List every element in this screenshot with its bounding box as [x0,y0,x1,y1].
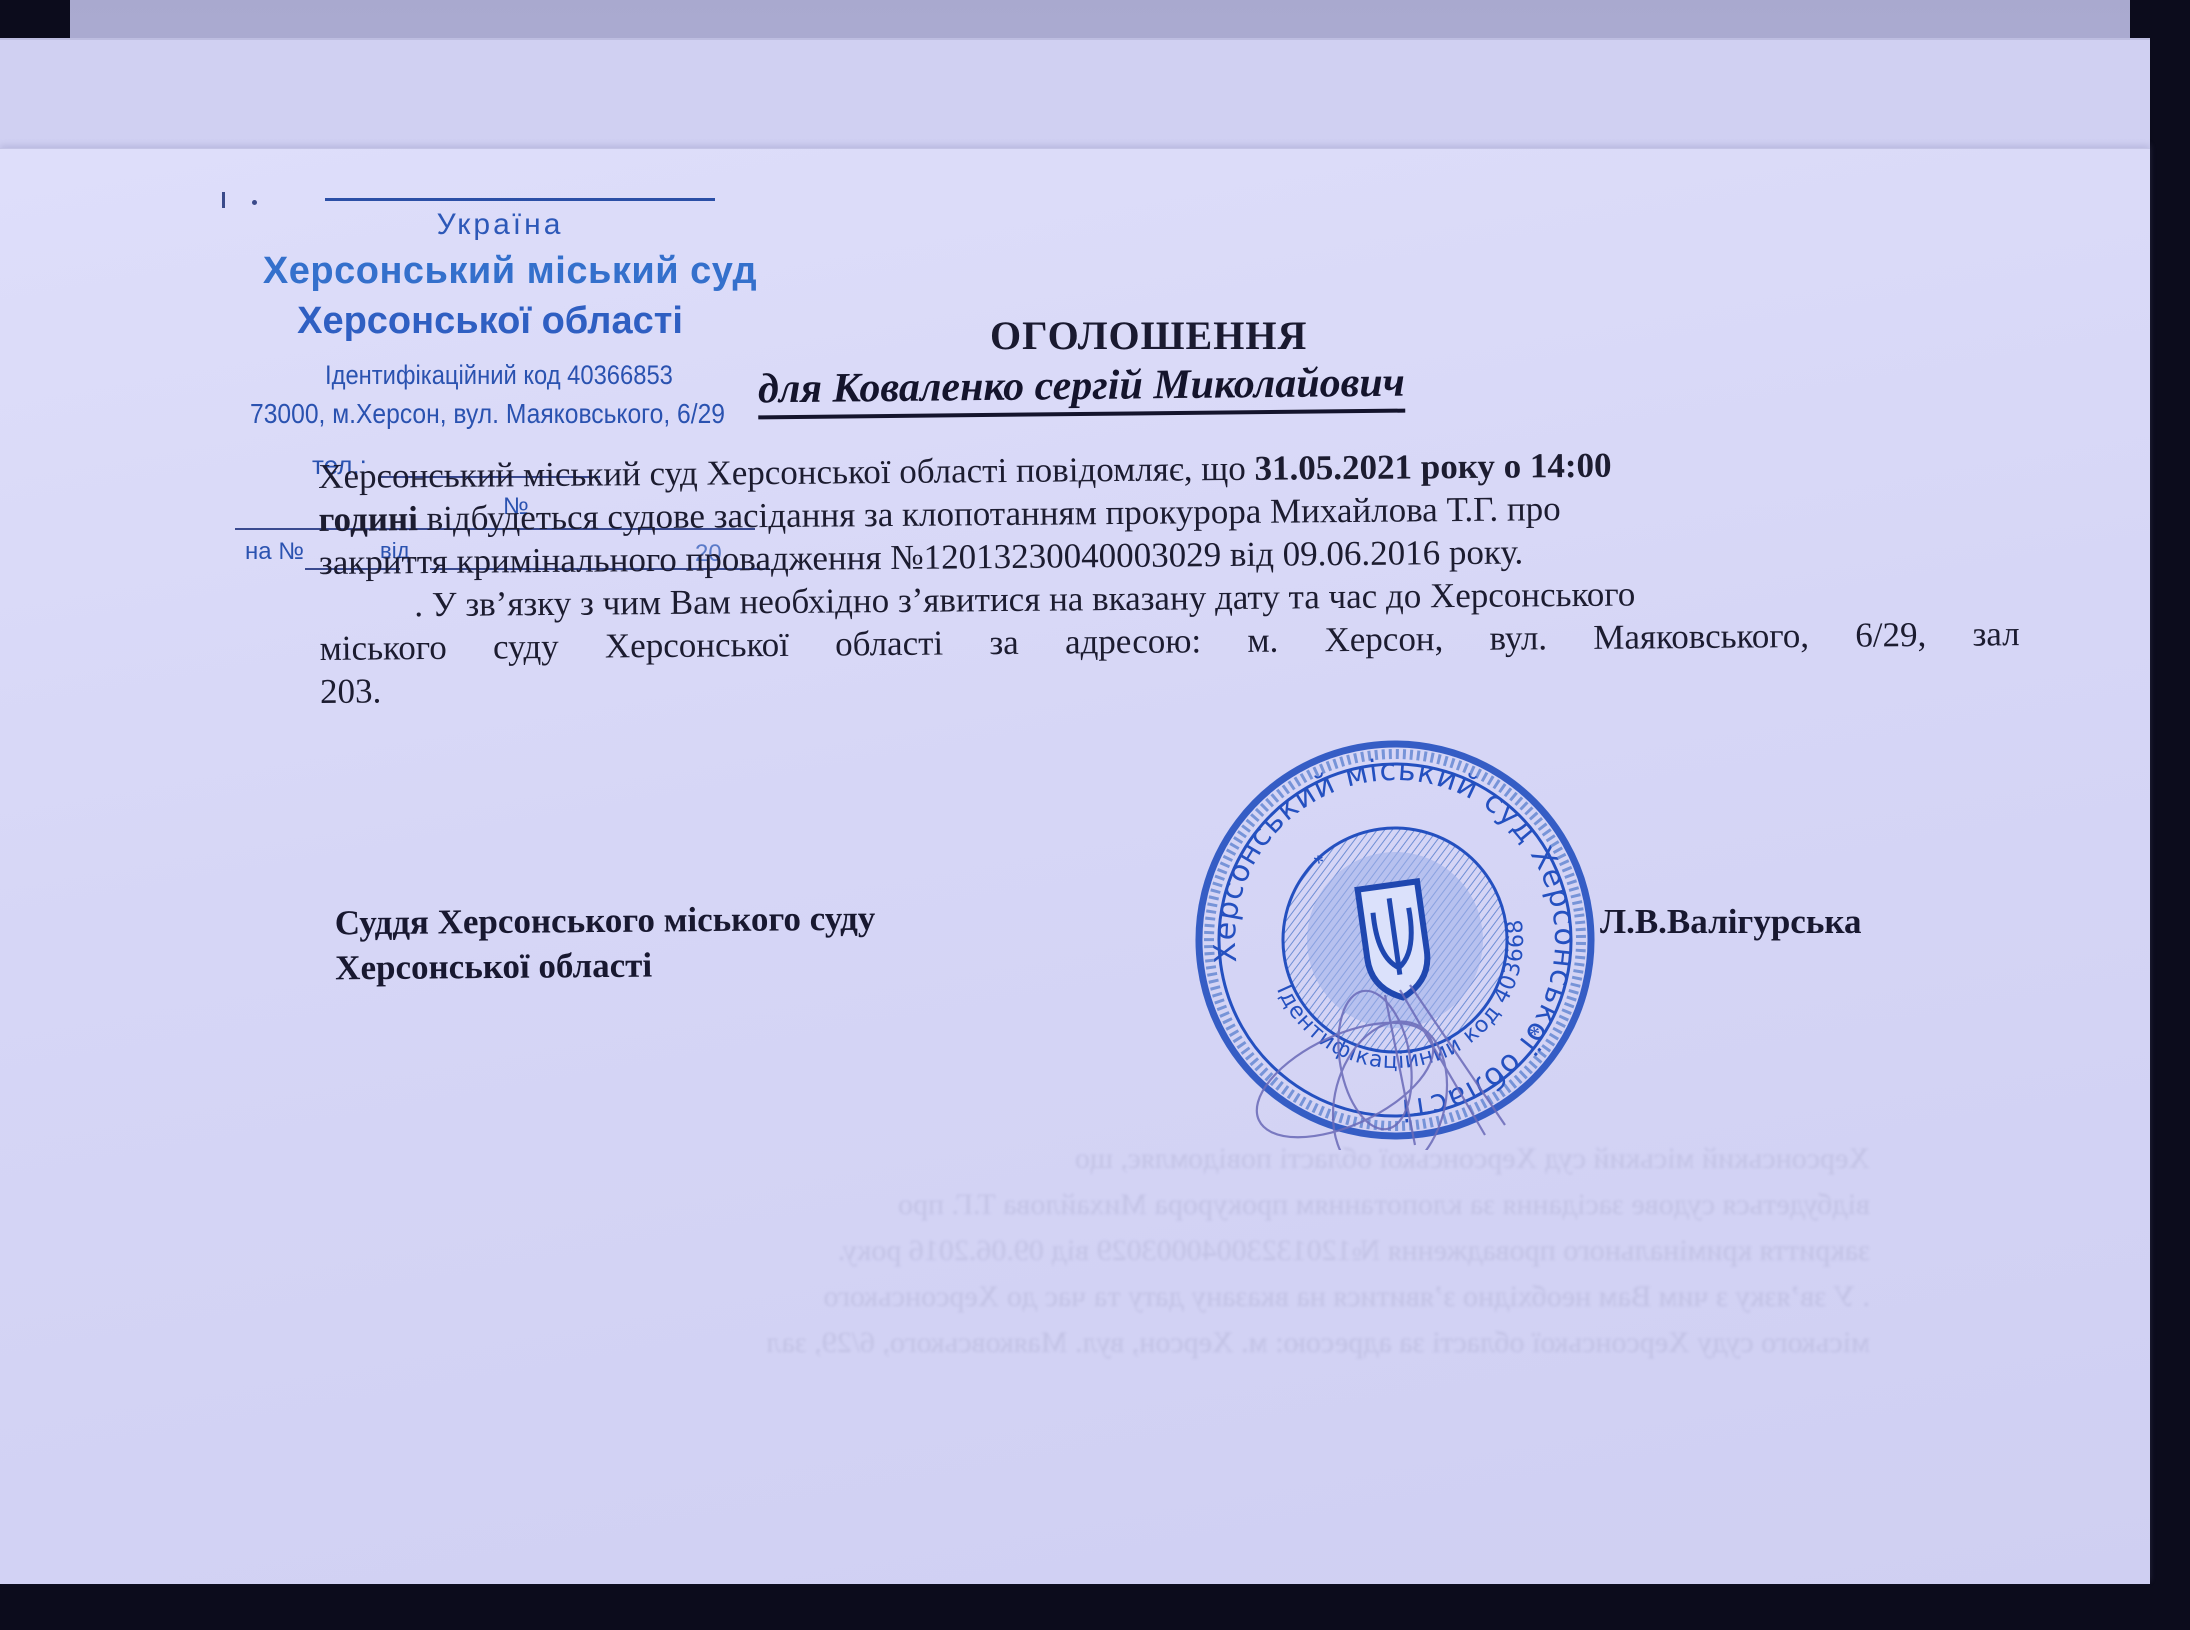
hearing-datetime: 31.05.2021 року о 14:00 [1254,446,1611,488]
signer-title: Суддя Херсонського міського суду Херсонс… [335,896,876,991]
letterhead-country: Україна [220,208,780,242]
letterhead-id-code: Ідентифікаційний код 40366853 [325,360,673,391]
document-title: ОГОЛОШЕННЯ [990,312,1307,359]
court-seal-icon: Херсонський міський суд Херсонської обла… [1185,730,1605,1150]
letterhead-court-name: Херсонський міський суд [220,250,800,293]
stamp-top-rule [325,198,715,201]
letterhead-court-region: Херсонської області [220,300,760,343]
document-recipient: для Коваленко сергій Миколайович [758,359,1405,420]
bleed-through-text: Херсонський міський суд Херсонської обла… [330,1090,1870,1366]
stamp-dot [252,200,257,205]
letterhead-reply-label: на № [245,538,304,566]
letterhead-address: 73000, м.Херсон, вул. Маяковського, 6/29 [250,398,725,430]
signer-name: Л.В.Валігурська [1600,902,1861,942]
stamp-mark [222,192,225,208]
document-body: Херсонський міський суд Херсонської обла… [318,440,2020,713]
hearing-hour-word: годині [318,499,418,539]
